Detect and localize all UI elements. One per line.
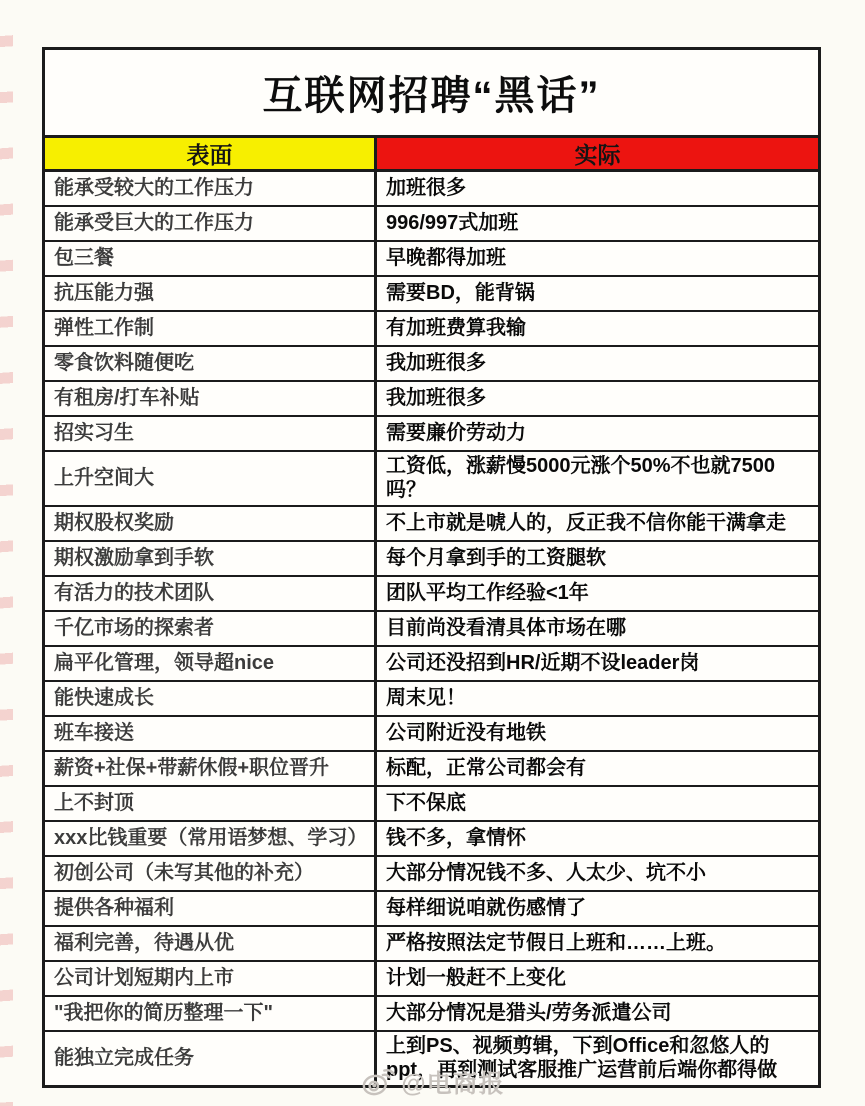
actual-cell: 团队平均工作经验<1年 xyxy=(377,577,818,610)
actual-cell: 有加班费算我输 xyxy=(377,312,818,345)
actual-cell: 公司附近没有地铁 xyxy=(377,717,818,750)
surface-cell: "我把你的简历整理一下" xyxy=(45,997,377,1030)
table-header-row: 表面 实际 xyxy=(45,138,818,172)
actual-cell: 大部分情况是猎头/劳务派遣公司 xyxy=(377,997,818,1030)
actual-cell: 加班很多 xyxy=(377,172,818,205)
surface-cell: 能承受较大的工作压力 xyxy=(45,172,377,205)
table-row: 零食饮料随便吃 我加班很多 xyxy=(45,347,818,382)
table-row: 千亿市场的探索者 目前尚没看清具体市场在哪 xyxy=(45,612,818,647)
table-row: 有活力的技术团队 团队平均工作经验<1年 xyxy=(45,577,818,612)
surface-cell: 薪资+社保+带薪休假+职位晋升 xyxy=(45,752,377,785)
table-row: 期权激励拿到手软 每个月拿到手的工资腿软 xyxy=(45,542,818,577)
table-row: 弹性工作制 有加班费算我输 xyxy=(45,312,818,347)
table-row: 能承受较大的工作压力 加班很多 xyxy=(45,172,818,207)
table-row: 班车接送 公司附近没有地铁 xyxy=(45,717,818,752)
table-row: 能快速成长 周末见！ xyxy=(45,682,818,717)
table-row: 薪资+社保+带薪休假+职位晋升 标配，正常公司都会有 xyxy=(45,752,818,787)
table-row: xxx比钱重要（常用语梦想、学习） 钱不多，拿情怀 xyxy=(45,822,818,857)
surface-cell: 上升空间大 xyxy=(45,452,377,505)
page-title: 互联网招聘“黑话” xyxy=(45,50,818,138)
actual-cell: 下不保底 xyxy=(377,787,818,820)
watermark-text: @电商报 xyxy=(401,1064,504,1100)
surface-cell: 零食饮料随便吃 xyxy=(45,347,377,380)
surface-cell: 期权股权奖励 xyxy=(45,507,377,540)
surface-cell: 能承受巨大的工作压力 xyxy=(45,207,377,240)
surface-cell: 抗压能力强 xyxy=(45,277,377,310)
watermark: @电商报 xyxy=(360,1064,504,1100)
surface-cell: 包三餐 xyxy=(45,242,377,275)
table-row: 公司计划短期内上市 计划一般赶不上变化 xyxy=(45,962,818,997)
black-word-table: 互联网招聘“黑话” 表面 实际 能承受较大的工作压力 加班很多 能承受巨大的工作… xyxy=(42,47,821,1088)
actual-cell: 每个月拿到手的工资腿软 xyxy=(377,542,818,575)
surface-cell: 有活力的技术团队 xyxy=(45,577,377,610)
actual-cell: 不上市就是唬人的，反正我不信你能干满拿走 xyxy=(377,507,818,540)
header-actual: 实际 xyxy=(377,138,818,169)
actual-cell: 周末见！ xyxy=(377,682,818,715)
actual-cell: 严格按照法定节假日上班和……上班。 xyxy=(377,927,818,960)
actual-cell: 996/997式加班 xyxy=(377,207,818,240)
torn-paper-edge xyxy=(0,0,13,1106)
weibo-logo-icon xyxy=(360,1067,394,1097)
table-row: 初创公司（未写其他的补充） 大部分情况钱不多、人太少、坑不小 xyxy=(45,857,818,892)
actual-cell: 需要廉价劳动力 xyxy=(377,417,818,450)
actual-cell: 我加班很多 xyxy=(377,382,818,415)
actual-cell: 大部分情况钱不多、人太少、坑不小 xyxy=(377,857,818,890)
table-body: 能承受较大的工作压力 加班很多 能承受巨大的工作压力 996/997式加班 包三… xyxy=(45,172,818,1085)
actual-cell: 目前尚没看清具体市场在哪 xyxy=(377,612,818,645)
surface-cell: 招实习生 xyxy=(45,417,377,450)
surface-cell: 千亿市场的探索者 xyxy=(45,612,377,645)
table-row: 提供各种福利 每样细说咱就伤感情了 xyxy=(45,892,818,927)
surface-cell: 期权激励拿到手软 xyxy=(45,542,377,575)
table-row: 上升空间大 工资低，涨薪慢5000元涨个50%不也就7500吗？ xyxy=(45,452,818,507)
table-row: 有租房/打车补贴 我加班很多 xyxy=(45,382,818,417)
actual-cell: 我加班很多 xyxy=(377,347,818,380)
table-row: 抗压能力强 需要BD，能背锅 xyxy=(45,277,818,312)
table-row: 能承受巨大的工作压力 996/997式加班 xyxy=(45,207,818,242)
actual-cell: 公司还没招到HR/近期不设leader岗 xyxy=(377,647,818,680)
surface-cell: 福利完善，待遇从优 xyxy=(45,927,377,960)
surface-cell: 有租房/打车补贴 xyxy=(45,382,377,415)
table-row: 扁平化管理，领导超nice 公司还没招到HR/近期不设leader岗 xyxy=(45,647,818,682)
surface-cell: 能快速成长 xyxy=(45,682,377,715)
surface-cell: 能独立完成任务 xyxy=(45,1032,377,1085)
header-surface: 表面 xyxy=(45,138,377,169)
surface-cell: 初创公司（未写其他的补充） xyxy=(45,857,377,890)
table-row: 期权股权奖励 不上市就是唬人的，反正我不信你能干满拿走 xyxy=(45,507,818,542)
actual-cell: 标配，正常公司都会有 xyxy=(377,752,818,785)
table-row: 招实习生 需要廉价劳动力 xyxy=(45,417,818,452)
actual-cell: 每样细说咱就伤感情了 xyxy=(377,892,818,925)
table-row: 包三餐 早晚都得加班 xyxy=(45,242,818,277)
surface-cell: 班车接送 xyxy=(45,717,377,750)
actual-cell: 计划一般赶不上变化 xyxy=(377,962,818,995)
table-row: 上不封顶 下不保底 xyxy=(45,787,818,822)
page: 互联网招聘“黑话” 表面 实际 能承受较大的工作压力 加班很多 能承受巨大的工作… xyxy=(0,0,865,1106)
surface-cell: xxx比钱重要（常用语梦想、学习） xyxy=(45,822,377,855)
surface-cell: 上不封顶 xyxy=(45,787,377,820)
actual-cell: 工资低，涨薪慢5000元涨个50%不也就7500吗？ xyxy=(377,452,818,505)
surface-cell: 公司计划短期内上市 xyxy=(45,962,377,995)
surface-cell: 弹性工作制 xyxy=(45,312,377,345)
actual-cell: 钱不多，拿情怀 xyxy=(377,822,818,855)
table-row: 福利完善，待遇从优 严格按照法定节假日上班和……上班。 xyxy=(45,927,818,962)
surface-cell: 扁平化管理，领导超nice xyxy=(45,647,377,680)
table-row: "我把你的简历整理一下" 大部分情况是猎头/劳务派遣公司 xyxy=(45,997,818,1032)
surface-cell: 提供各种福利 xyxy=(45,892,377,925)
actual-cell: 需要BD，能背锅 xyxy=(377,277,818,310)
actual-cell: 早晚都得加班 xyxy=(377,242,818,275)
